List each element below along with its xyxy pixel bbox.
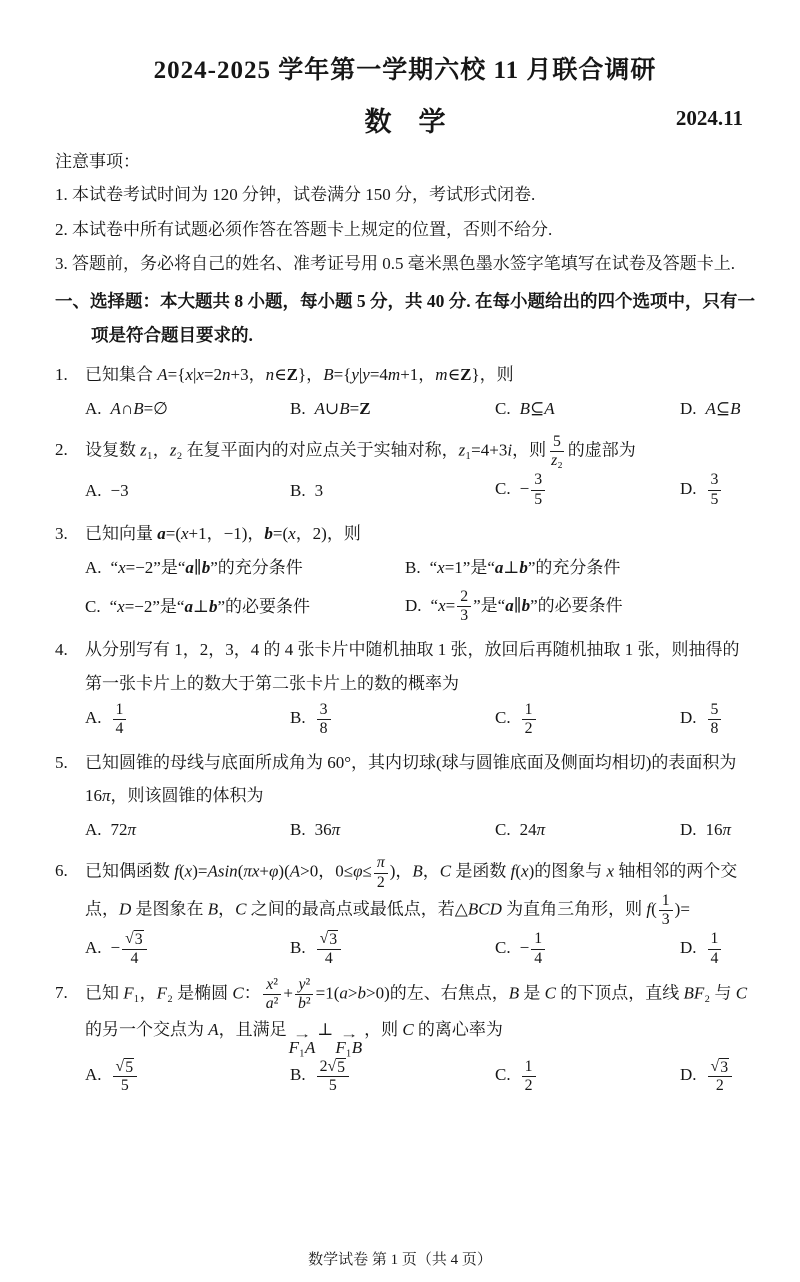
question-stem: 设复数 z₁，z₂ 在复平面内的对应点关于实轴对称，z₁=4+3i，则5z₂的虚… — [85, 433, 755, 470]
option-b: B.38 — [290, 701, 495, 738]
option-a: A.√55 — [85, 1058, 290, 1096]
option-label: C. — [495, 1065, 511, 1084]
options-row: A.14 B.38 C.12 D.58 — [85, 701, 755, 738]
option-a: A.14 — [85, 701, 290, 738]
option-d: D.58 — [680, 701, 755, 738]
option-text: 38 — [315, 708, 333, 727]
option-label: A. — [85, 938, 102, 957]
option-a: A.72π — [85, 813, 290, 846]
option-a: A.“x=−2”是“a∥b”的充分条件 — [85, 551, 405, 584]
option-d: D.14 — [680, 930, 755, 967]
option-text: 58 — [706, 708, 724, 727]
option-text: A∪B=Z — [315, 399, 371, 418]
option-label: A. — [85, 708, 102, 727]
section-one-heading: 一、选择题：本大题共 8 小题，每小题 5 分，共 40 分. 在每小题给出的四… — [55, 285, 755, 352]
option-label: A. — [85, 820, 102, 839]
option-label: C. — [495, 938, 511, 957]
options-row: A.−√34 B.√34 C.−14 D.14 — [85, 930, 755, 968]
question-stem: 从分别写有 1，2，3，4 的 4 张卡片中随机抽取 1 张，放回后再随机抽取 … — [85, 633, 755, 699]
question-body: 已知向量 a=(x+1，−1)，b=(x，2)，则 A.“x=−2”是“a∥b”… — [85, 517, 755, 626]
notice-item-3: 3. 答题前，务必将自己的姓名、准考证号用 0.5 毫米黑色墨水签字笔填写在试卷… — [55, 247, 755, 281]
option-c: C.−35 — [495, 471, 680, 508]
option-text: A∩B=∅ — [111, 399, 168, 418]
option-label: C. — [495, 708, 511, 727]
question-body: 已知 F₁，F₂ 是椭圆 C：x²a²+y²b²=1(a>b>0)的左、右焦点，… — [85, 976, 755, 1095]
option-text: 35 — [706, 479, 724, 498]
option-label: B. — [290, 1065, 306, 1084]
option-text: 12 — [520, 1065, 538, 1084]
question-7: 7. 已知 F₁，F₂ 是椭圆 C：x²a²+y²b²=1(a>b>0)的左、右… — [55, 976, 755, 1095]
option-c: C.24π — [495, 813, 680, 846]
option-text: “x=−2”是“a∥b”的充分条件 — [111, 558, 303, 577]
option-text: 2√55 — [315, 1065, 351, 1084]
question-5: 5. 已知圆锥的母线与底面所成角为 60°，其内切球(球与圆锥底面及侧面均相切)… — [55, 746, 755, 846]
option-text: 16π — [706, 820, 732, 839]
option-label: C. — [495, 399, 511, 418]
question-number: 6. — [55, 854, 85, 968]
question-body: 已知偶函数 f(x)=Asin(πx+φ)(A>0，0≤φ≤π2)，B，C 是函… — [85, 854, 755, 968]
subject-title: 数 学 — [55, 100, 755, 139]
option-c: C.−14 — [495, 930, 680, 967]
option-label: C. — [495, 820, 511, 839]
option-text: 14 — [706, 938, 724, 957]
option-a: A.−3 — [85, 474, 290, 507]
option-label: C. — [495, 479, 511, 498]
notice-item-2: 2. 本试卷中所有试题必须作答在答题卡上规定的位置，否则不给分. — [55, 213, 755, 247]
option-text: −3 — [111, 481, 129, 500]
option-label: B. — [290, 481, 306, 500]
options-row: A.A∩B=∅ B.A∪B=Z C.B⊆A D.A⊆B — [85, 392, 755, 425]
option-text: 36π — [315, 820, 341, 839]
option-label: A. — [85, 399, 102, 418]
option-b: B.36π — [290, 813, 495, 846]
option-label: A. — [85, 558, 102, 577]
question-1: 1. 已知集合 A={x|x=2n+3，n∈Z}，B={y|y=4m+1，m∈Z… — [55, 358, 755, 425]
question-2: 2. 设复数 z₁，z₂ 在复平面内的对应点关于实轴对称，z₁=4+3i，则5z… — [55, 433, 755, 509]
option-text: 24π — [520, 820, 546, 839]
question-4: 4. 从分别写有 1，2，3，4 的 4 张卡片中随机抽取 1 张，放回后再随机… — [55, 633, 755, 738]
option-text: −35 — [520, 479, 548, 498]
option-label: D. — [680, 938, 697, 957]
question-stem: 已知向量 a=(x+1，−1)，b=(x，2)，则 — [85, 517, 755, 550]
question-number: 4. — [55, 633, 85, 738]
option-text: √34 — [315, 938, 344, 957]
option-label: D. — [405, 596, 422, 615]
option-label: D. — [680, 708, 697, 727]
option-a: A.A∩B=∅ — [85, 392, 290, 425]
option-label: D. — [680, 479, 697, 498]
exam-date: 2024.11 — [676, 106, 743, 131]
option-label: A. — [85, 1065, 102, 1084]
option-text: “x=−2”是“a⊥b”的必要条件 — [110, 597, 310, 616]
option-c: C.12 — [495, 1058, 680, 1095]
notices-block: 注意事项： 1. 本试卷考试时间为 120 分钟，试卷满分 150 分，考试形式… — [55, 146, 755, 281]
option-b: B.A∪B=Z — [290, 392, 495, 425]
notice-item-1: 1. 本试卷考试时间为 120 分钟，试卷满分 150 分，考试形式闭卷. — [55, 178, 755, 212]
option-label: B. — [290, 820, 306, 839]
options-row: A.72π B.36π C.24π D.16π — [85, 813, 755, 846]
option-d: D.A⊆B — [680, 392, 755, 425]
option-c: C.B⊆A — [495, 392, 680, 425]
exam-paper-page: 2024-2025 学年第一学期六校 11 月联合调研 数 学 2024.11 … — [0, 0, 800, 1282]
question-number: 5. — [55, 746, 85, 846]
option-b: B.“x=1”是“a⊥b”的充分条件 — [405, 551, 755, 584]
option-b: B.3 — [290, 474, 495, 507]
option-label: C. — [85, 597, 101, 616]
option-label: B. — [290, 399, 306, 418]
subject-line: 数 学 2024.11 — [55, 100, 755, 142]
page-footer: 数学试卷 第 1 页（共 4 页） — [0, 1248, 800, 1269]
question-stem: 已知集合 A={x|x=2n+3，n∈Z}，B={y|y=4m+1，m∈Z}，则 — [85, 358, 755, 391]
paper-title: 2024-2025 学年第一学期六校 11 月联合调研 — [55, 50, 755, 86]
option-text: 72π — [111, 820, 137, 839]
option-c: C.12 — [495, 701, 680, 738]
option-text: 3 — [315, 481, 324, 500]
options-row: A.−3 B.3 C.−35 D.35 — [85, 471, 755, 508]
option-text: −√34 — [111, 938, 149, 957]
question-body: 从分别写有 1，2，3，4 的 4 张卡片中随机抽取 1 张，放回后再随机抽取 … — [85, 633, 755, 738]
question-6: 6. 已知偶函数 f(x)=Asin(πx+φ)(A>0，0≤φ≤π2)，B，C… — [55, 854, 755, 968]
question-body: 已知圆锥的母线与底面所成角为 60°，其内切球(球与圆锥底面及侧面均相切)的表面… — [85, 746, 755, 846]
option-text: A⊆B — [706, 399, 741, 418]
option-label: D. — [680, 820, 697, 839]
question-number: 3. — [55, 517, 85, 626]
option-text: “x=1”是“a⊥b”的充分条件 — [430, 558, 621, 577]
question-stem: 已知偶函数 f(x)=Asin(πx+φ)(A>0，0≤φ≤π2)，B，C 是函… — [85, 854, 755, 929]
option-label: B. — [290, 938, 306, 957]
option-label: B. — [405, 558, 421, 577]
option-b: B.2√55 — [290, 1058, 495, 1096]
question-stem: 已知圆锥的母线与底面所成角为 60°，其内切球(球与圆锥底面及侧面均相切)的表面… — [85, 746, 755, 812]
option-c: C.“x=−2”是“a⊥b”的必要条件 — [85, 590, 405, 623]
option-d: D.“x=23”是“a∥b”的必要条件 — [405, 588, 755, 625]
option-d: D.√32 — [680, 1058, 755, 1096]
option-text: B⊆A — [520, 399, 555, 418]
option-d: D.35 — [680, 471, 755, 508]
option-d: D.16π — [680, 813, 755, 846]
question-number: 2. — [55, 433, 85, 509]
option-text: √55 — [111, 1065, 140, 1084]
question-3: 3. 已知向量 a=(x+1，−1)，b=(x，2)，则 A.“x=−2”是“a… — [55, 517, 755, 626]
option-text: “x=23”是“a∥b”的必要条件 — [431, 596, 623, 615]
option-text: −14 — [520, 938, 548, 957]
option-a: A.−√34 — [85, 930, 290, 968]
option-label: A. — [85, 481, 102, 500]
option-b: B.√34 — [290, 930, 495, 968]
option-label: D. — [680, 399, 697, 418]
option-label: D. — [680, 1065, 697, 1084]
notices-title: 注意事项： — [55, 146, 755, 178]
option-text: √32 — [706, 1065, 735, 1084]
question-body: 已知集合 A={x|x=2n+3，n∈Z}，B={y|y=4m+1，m∈Z}，则… — [85, 358, 755, 425]
question-body: 设复数 z₁，z₂ 在复平面内的对应点关于实轴对称，z₁=4+3i，则5z₂的虚… — [85, 433, 755, 509]
question-number: 7. — [55, 976, 85, 1095]
option-label: B. — [290, 708, 306, 727]
question-number: 1. — [55, 358, 85, 425]
option-text: 12 — [520, 708, 538, 727]
question-stem: 已知 F₁，F₂ 是椭圆 C：x²a²+y²b²=1(a>b>0)的左、右焦点，… — [85, 976, 755, 1057]
options-row: A.“x=−2”是“a∥b”的充分条件 B.“x=1”是“a⊥b”的充分条件 C… — [85, 551, 755, 625]
option-text: 14 — [111, 708, 129, 727]
options-row: A.√55 B.2√55 C.12 D.√32 — [85, 1058, 755, 1096]
